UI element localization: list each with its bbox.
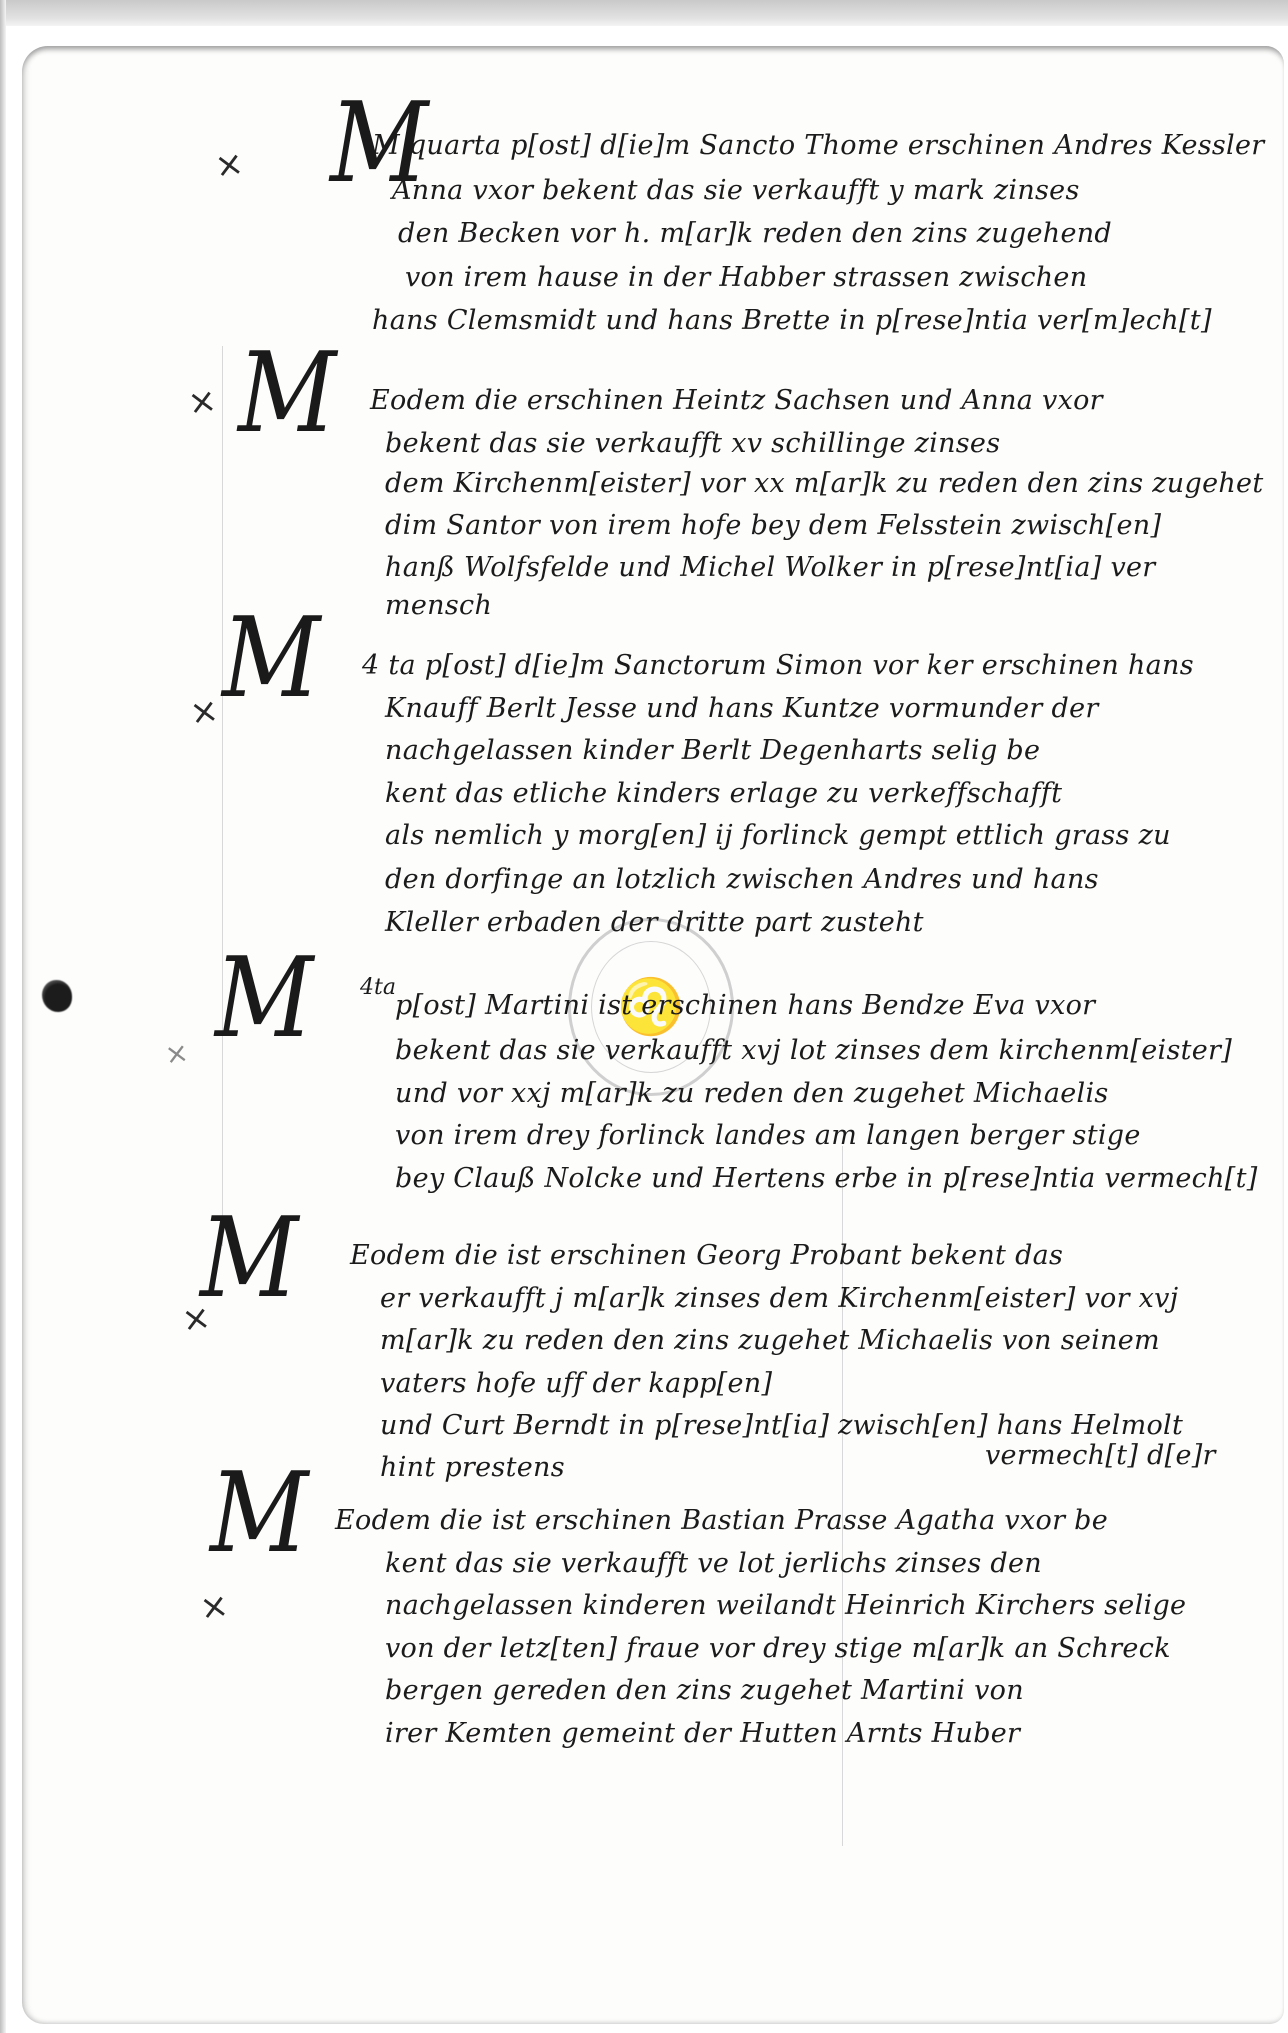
text-line: Knauff Berlt Jesse und hans Kuntze vormu…: [385, 693, 1099, 724]
text-line: Kleller erbaden der dritte part zusteht: [385, 907, 924, 938]
text-line: M quarta p[ost] d[ie]m Sancto Thome ersc…: [372, 130, 1264, 161]
text-line: bekent das sie verkaufft xv schillinge z…: [385, 428, 1000, 459]
text-line: Eodem die erschinen Heintz Sachsen und A…: [370, 385, 1103, 416]
text-line: p[ost] Martini ist erschinen hans Bendze…: [395, 990, 1095, 1021]
cross-mark-icon: ×: [186, 383, 219, 421]
text-line: von der letz[ten] fraue vor drey stige m…: [385, 1633, 1171, 1664]
text-line: m[ar]k zu reden den zins zugehet Michael…: [380, 1325, 1160, 1356]
text-line: den Becken vor h. m[ar]k reden den zins …: [398, 218, 1112, 249]
text-line: von irem drey forlinck landes am langen …: [395, 1120, 1141, 1151]
margin-initial: M: [200, 1203, 298, 1313]
cross-mark-icon: ×: [213, 146, 246, 184]
margin-initial: M: [222, 603, 320, 713]
text-line: bergen gereden den zins zugehet Martini …: [385, 1675, 1024, 1706]
text-line: hanß Wolfsfelde und Michel Wolker in p[r…: [385, 552, 1156, 583]
cross-mark-icon: ×: [198, 1588, 231, 1626]
text-line: bey Clauß Nolcke und Hertens erbe in p[r…: [395, 1163, 1258, 1194]
cross-mark-icon: ×: [163, 1039, 190, 1070]
text-line: Anna vxor bekent das sie verkaufft y mar…: [392, 175, 1080, 206]
margin-initial: M: [215, 943, 313, 1053]
text-line: er verkaufft j m[ar]k zinses dem Kirchen…: [380, 1283, 1178, 1314]
text-line: dem Kirchenm[eister] vor xx m[ar]k zu re…: [385, 468, 1263, 499]
paper-crease: [222, 346, 223, 1246]
margin-initial: M: [210, 1458, 308, 1568]
text-line: nachgelassen kinder Berlt Degenharts sel…: [385, 735, 1040, 766]
entry-number: 4ta: [360, 975, 396, 1000]
text-line: nachgelassen kinderen weilandt Heinrich …: [385, 1590, 1186, 1621]
scanner-bed-top-edge: [0, 0, 1288, 26]
text-line: hint prestens: [380, 1452, 565, 1483]
text-line: hans Clemsmidt und hans Brette in p[rese…: [372, 305, 1212, 336]
scanner-bed-left-edge: [0, 0, 6, 2033]
text-line: vaters hofe uff der kapp[en]: [380, 1368, 772, 1399]
text-line: Eodem die ist erschinen Georg Probant be…: [350, 1240, 1063, 1271]
text-line: von irem hause in der Habber strassen zw…: [405, 262, 1087, 293]
text-line: kent das sie verkaufft ve lot jerlichs z…: [385, 1548, 1042, 1579]
text-line: und vor xxj m[ar]k zu reden den zugehet …: [395, 1078, 1109, 1109]
text-line: den dorfinge an lotzlich zwischen Andres…: [385, 864, 1099, 895]
margin-initial: M: [238, 338, 336, 448]
text-line: irer Kemten gemeint der Hutten Arnts Hub…: [385, 1718, 1020, 1749]
text-line: vermech[t] d[e]r: [985, 1440, 1216, 1471]
text-line: und Curt Berndt in p[rese]nt[ia] zwisch[…: [380, 1410, 1183, 1441]
cross-mark-icon: ×: [188, 693, 221, 731]
text-line: 4 ta p[ost] d[ie]m Sanctorum Simon vor k…: [362, 650, 1194, 681]
ink-blot: [42, 980, 72, 1012]
text-line: dim Santor von irem hofe bey dem Felsste…: [385, 510, 1161, 541]
text-line: kent das etliche kinders erlage zu verke…: [385, 778, 1062, 809]
text-line: bekent das sie verkaufft xvj lot zinses …: [395, 1035, 1232, 1066]
text-line: Eodem die ist erschinen Bastian Prasse A…: [335, 1505, 1108, 1536]
text-line: als nemlich y morg[en] ij forlinck gempt…: [385, 820, 1171, 851]
text-line: mensch: [385, 590, 492, 621]
